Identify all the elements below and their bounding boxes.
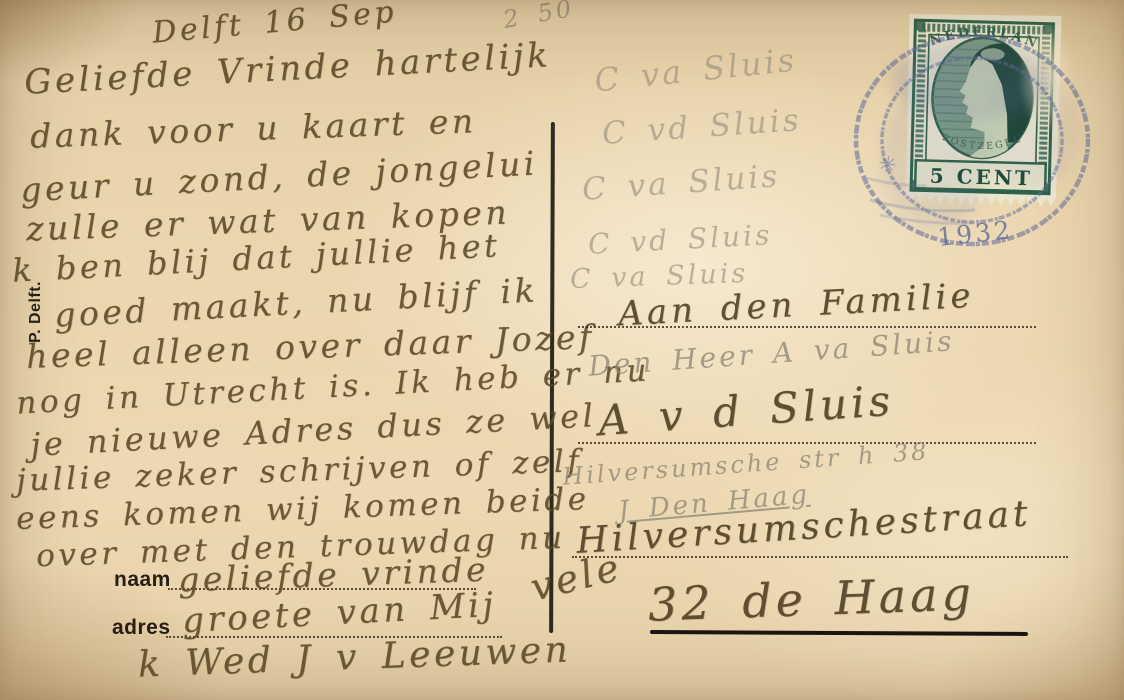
address-dotted-line-2 <box>578 442 1036 444</box>
pencil-practice-line: C va Sluis <box>581 161 781 206</box>
postcard-back: P. Delft. 2 50 Delft 16 Sep Geliefde Vri… <box>0 0 1124 700</box>
pencil-practice-line: C va Sluis <box>593 43 799 96</box>
pencil-practice-line: C vd Sluis <box>601 105 802 150</box>
publisher-imprint: P. Delft. <box>27 281 45 343</box>
pencil-street-handwriting: Hilversumsche str h 38 <box>562 439 931 489</box>
address-solid-line <box>650 630 1028 636</box>
name-line-handwriting: A v d Sluis <box>597 380 895 443</box>
postmark: ✳ 1932 <box>830 10 1120 270</box>
pencil-recipient-handwriting: Den Heer A va Sluis <box>587 327 955 381</box>
city-line-handwriting: 32 de Haag <box>647 570 975 627</box>
pencil-practice-line: C vd Sluis <box>587 221 773 259</box>
message-dateline: Delft 16 Sep <box>151 0 398 49</box>
address-dotted-line-1 <box>578 326 1036 328</box>
address-dotted-line-3 <box>572 556 1068 558</box>
naam-label: naam <box>114 568 171 592</box>
message-line: Geliefde Vrinde hartelijk <box>23 38 551 100</box>
message-line: dank voor u kaart en <box>30 104 477 153</box>
pencil-price-mark: 2 50 <box>501 0 576 32</box>
adres-label: adres <box>112 616 171 640</box>
